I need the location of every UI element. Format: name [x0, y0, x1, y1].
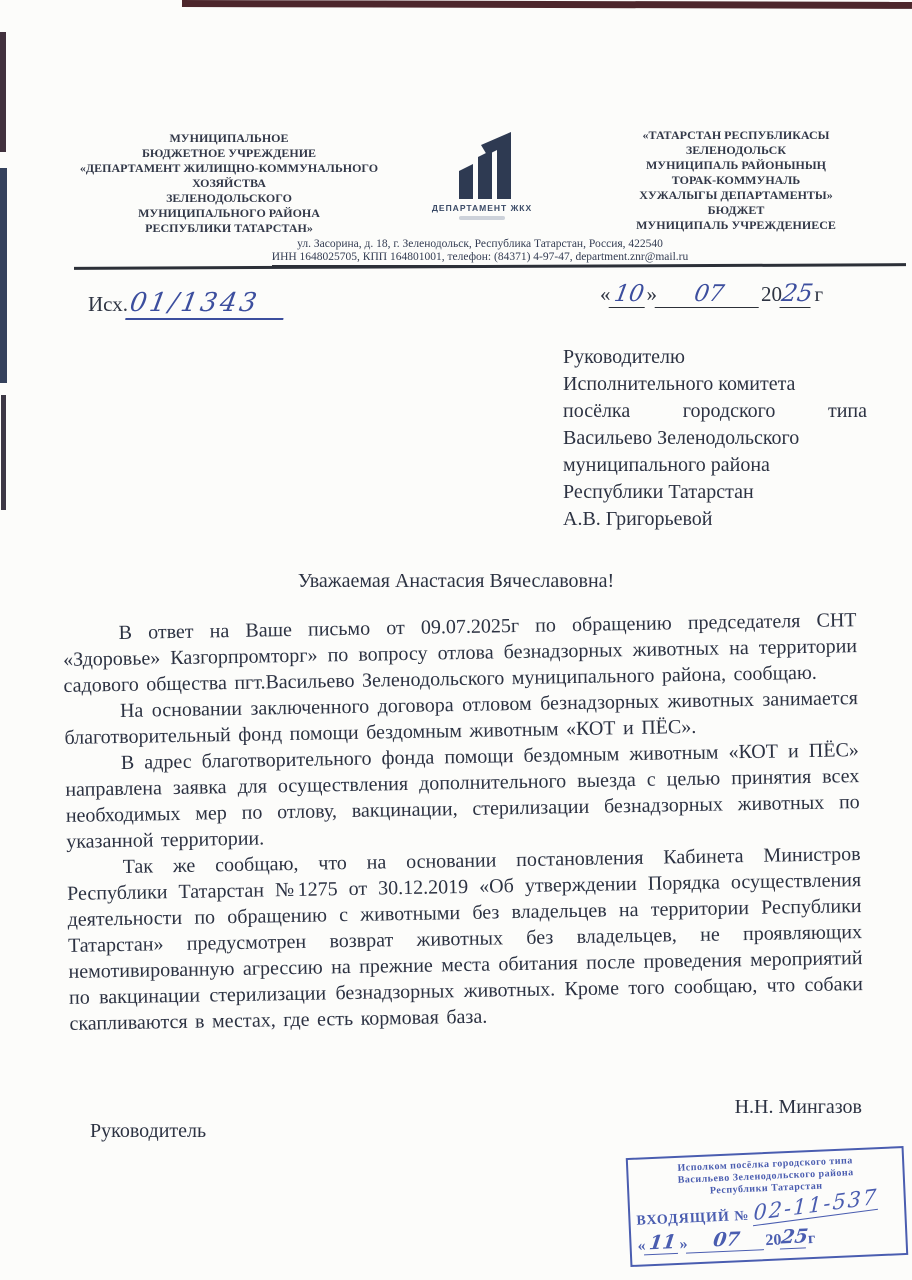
buildings-icon [430, 131, 534, 201]
letterhead-org-russian: МУНИЦИПАЛЬНОЕ БЮДЖЕТНОЕ УЧРЕЖДЕНИЕ «ДЕПА… [62, 131, 396, 236]
scan-left-edge-artifact [0, 168, 7, 383]
scan-left-edge-artifact [1, 395, 6, 510]
outgoing-ref-number-handwritten: 01/1343 [125, 288, 289, 320]
logo-label: ДЕПАРТАМЕНТ ЖКХ [430, 203, 534, 213]
stamp-incoming-label: ВХОДЯЩИЙ № [636, 1209, 750, 1230]
recipient-line: Республики Татарстан [563, 479, 867, 506]
body-paragraph: В ответ на Ваше письмо от 09.07.2025г по… [62, 607, 857, 699]
org-right-line: ТОРАК-КОММУНАЛЬ [588, 173, 884, 188]
org-left-line: РЕСПУБЛИКИ ТАТАРСТАН» [62, 221, 396, 236]
org-right-line: ХУЖАЛЫГЫ ДЕПАРТАМЕНТЫ» [588, 188, 884, 203]
date-day-handwritten: 10 [608, 281, 649, 308]
org-right-line: «ТАТАРСТАН РЕСПУБЛИКАСЫ [588, 128, 884, 143]
letterhead-contacts: ул. Засорина, д. 18, г. Зеленодольск, Ре… [140, 238, 820, 266]
scan-top-edge-artifact [182, 0, 912, 9]
date-suffix: г [815, 282, 824, 306]
stamp-date-suffix: г [808, 1230, 816, 1248]
recipient-line: посёлка городского типа [563, 398, 867, 425]
letter-body: В ответ на Ваше письмо от 09.07.2025г по… [62, 607, 863, 1037]
org-right-line: МУНИЦИПАЛЬ УЧРЕЖДЕНИЕСЕ [588, 218, 884, 233]
org-left-line: ХОЗЯЙСТВА [62, 176, 396, 191]
logo-small-illegible-text [459, 216, 505, 220]
org-left-line: МУНИЦИПАЛЬНОГО РАЙОНА [62, 206, 396, 221]
department-zhkh-logo: ДЕПАРТАМЕНТ ЖКХ [430, 131, 534, 220]
org-right-line: ЗЕЛЕНОДОЛЬСК [588, 143, 884, 158]
letterhead-org-tatar: «ТАТАРСТАН РЕСПУБЛИКАСЫ ЗЕЛЕНОДОЛЬСК МУН… [588, 128, 884, 233]
outgoing-reference: Исх.01/1343 [88, 288, 286, 320]
date-year-handwritten: 25 [779, 279, 815, 308]
org-right-line: МУНИЦИПАЛЬ РАЙОНЫНЫҢ [588, 158, 884, 173]
outgoing-ref-label: Исх. [88, 292, 128, 316]
org-left-line: БЮДЖЕТНОЕ УЧРЕЖДЕНИЕ [62, 146, 396, 161]
stamp-date-month-handwritten: 07 [686, 1227, 767, 1254]
recipient-line: муниципального района [563, 452, 867, 479]
recipient-line: Руководителю [563, 344, 867, 371]
org-left-line: МУНИЦИПАЛЬНОЕ [62, 131, 396, 146]
scanned-letter-page: МУНИЦИПАЛЬНОЕ БЮДЖЕТНОЕ УЧРЕЖДЕНИЕ «ДЕПА… [0, 0, 912, 1280]
incoming-registration-stamp: Исполком посёлка городского типа Василье… [626, 1146, 908, 1267]
org-left-line: ЗЕЛЕНОДОЛЬСКОГО [62, 191, 396, 206]
body-paragraph: В адрес благотворительного фонда помощи … [65, 737, 861, 855]
stamp-date-year-handwritten: 25 [780, 1225, 809, 1249]
body-paragraph: Так же сообщаю, что на основании постано… [67, 841, 864, 1037]
org-left-line: «ДЕПАРТАМЕНТ ЖИЛИЩНО-КОММУНАЛЬНОГО [62, 161, 396, 176]
org-right-line: БЮДЖЕТ [588, 203, 884, 218]
scan-left-edge-artifact [0, 32, 6, 152]
recipient-block: Руководителю Исполнительного комитета по… [563, 344, 867, 533]
date-month-handwritten: 07 [655, 281, 764, 308]
date-century: 20 [761, 282, 782, 306]
letter-date: «10»072025г [600, 279, 823, 308]
signature-title: Руководитель [90, 1120, 206, 1143]
salutation: Уважаемая Анастасия Вячеславовна! [80, 570, 832, 593]
signature-name: Н.Н. Мингазов [600, 1096, 862, 1119]
recipient-line: Васильево Зеленодольского [563, 425, 867, 452]
address-line: ул. Засорина, д. 18, г. Зеленодольск, Ре… [140, 238, 820, 251]
recipient-line: Исполнительного комитета [563, 371, 867, 398]
stamp-date-day-handwritten: 11 [644, 1231, 681, 1256]
recipient-line: А.В. Григорьевой [563, 506, 867, 533]
